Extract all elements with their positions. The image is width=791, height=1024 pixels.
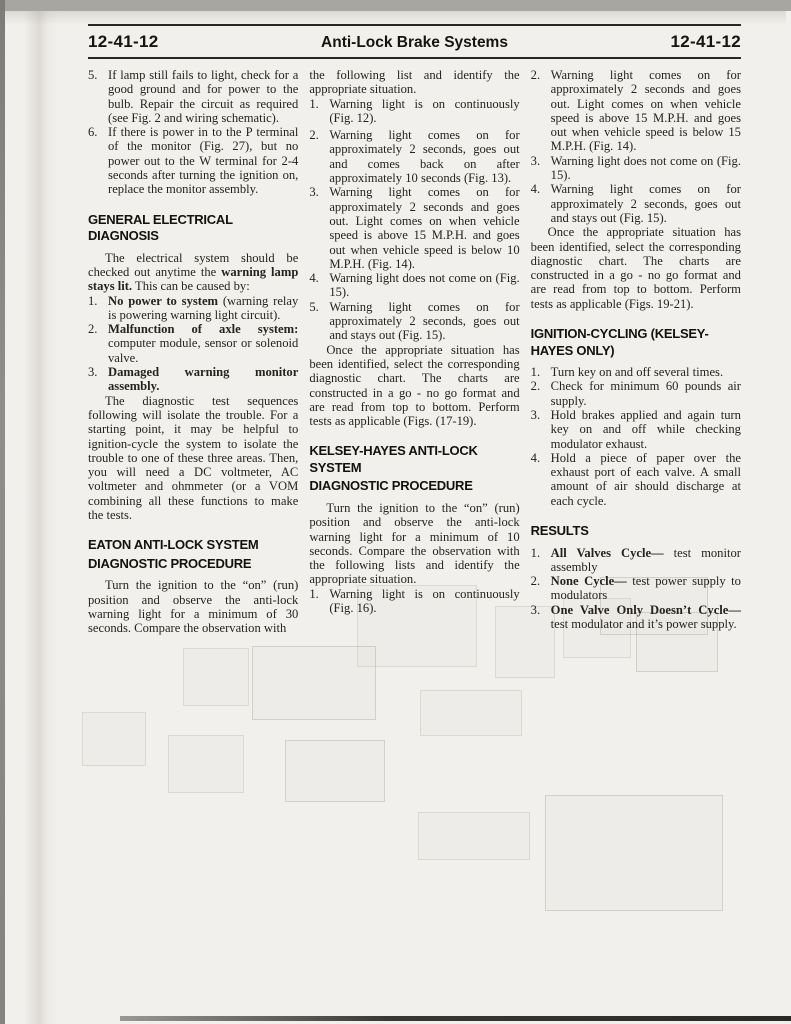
list-item: 3. Hold brakes applied and again turn ke…: [531, 408, 741, 451]
list-number: 4.: [531, 451, 551, 508]
list-item: 6. If there is power in to the P termina…: [88, 125, 298, 196]
list-number: 2.: [531, 68, 551, 154]
list-item: 3. Warning light comes on for approximat…: [309, 185, 519, 271]
paragraph: Once the appropriate situation has been …: [531, 225, 741, 311]
list-item: 2. Check for minimum 60 pounds air suppl…: [531, 379, 741, 408]
list-number: 2.: [531, 379, 551, 408]
list-item: 5. If lamp still fails to light, check f…: [88, 68, 298, 125]
page-title: Anti-Lock Brake Systems: [198, 34, 631, 52]
section-heading-results: RESULTS: [531, 523, 741, 540]
list-item: 2. Malfunction of axle system: computer …: [88, 322, 298, 365]
scan-left-edge: [0, 0, 5, 1024]
section-heading-general-electrical-diagnosis: GENERAL ELECTRICAL DIAGNOSIS: [88, 212, 298, 245]
column-1: 5. If lamp still fails to light, check f…: [88, 68, 298, 636]
paragraph: The diagnostic test sequences following …: [88, 394, 298, 523]
list-number: 1.: [88, 294, 108, 323]
list-number: 5.: [88, 68, 108, 125]
section-heading-ignition-cycling: IGNITION-CYCLING (KELSEY-HAYES ONLY): [531, 326, 741, 359]
list-number: 5.: [309, 300, 329, 343]
list-number: 6.: [88, 125, 108, 196]
list-item: 1. No power to system (warning relay is …: [88, 294, 298, 323]
page-header: 12-41-12 Anti-Lock Brake Systems 12-41-1…: [88, 24, 741, 59]
section-heading-diagnostic-procedure: DIAGNOSTIC PROCEDURE: [88, 556, 298, 573]
list-item: 1. Turn key on and off several times.: [531, 365, 741, 379]
bold-lead: Malfunction of axle system:: [108, 322, 298, 336]
list-item: 1. All Valves Cycle— test monitor assemb…: [531, 546, 741, 575]
section-heading-eaton-anti-lock-system: EATON ANTI-LOCK SYSTEM: [88, 537, 298, 554]
list-item: 4. Hold a piece of paper over the exhaus…: [531, 451, 741, 508]
list-number: 3.: [531, 603, 551, 632]
bold-lead: Damaged warning monitor assembly.: [108, 365, 298, 393]
paragraph: Turn the ignition to the “on” (run) posi…: [88, 578, 298, 635]
list-item: 3. Damaged warning monitor assembly.: [88, 365, 298, 394]
list-number: 2.: [531, 574, 551, 603]
list-number: 1.: [309, 587, 329, 616]
list-number: 1.: [531, 365, 551, 379]
list-item: 3. One Valve Only Doesn’t Cycle— test mo…: [531, 603, 741, 632]
list-number: 3.: [531, 154, 551, 183]
paragraph: Turn the ignition to the “on” (run) posi…: [309, 501, 519, 587]
paragraph: The electrical system should be checked …: [88, 251, 298, 294]
list-number: 1.: [309, 97, 329, 126]
list-item: 2. Warning light comes on for approximat…: [531, 68, 741, 154]
list-item: 2. None Cycle— test power supply to modu…: [531, 574, 741, 603]
list-item: 1. Warning light is on continuously (Fig…: [309, 587, 519, 616]
list-number: 3.: [88, 365, 108, 394]
page-number-right: 12-41-12: [631, 32, 741, 52]
list-number: 3.: [531, 408, 551, 451]
page-bottom-edge-shadow: [120, 1016, 791, 1021]
column-3: 2. Warning light comes on for approximat…: [531, 68, 741, 636]
list-number: 3.: [309, 185, 329, 271]
paragraph: Once the appropriate situation has been …: [309, 343, 519, 429]
list-number: 2.: [309, 128, 329, 185]
list-number: 1.: [531, 546, 551, 575]
column-2: the following list and identify the appr…: [309, 68, 519, 636]
bold-lead: One Valve Only Doesn’t Cycle—: [551, 603, 741, 617]
bold-lead: None Cycle—: [551, 574, 627, 588]
list-number: 4.: [531, 182, 551, 225]
list-item: 5. Warning light comes on for approximat…: [309, 300, 519, 343]
list-number: 4.: [309, 271, 329, 300]
bold-lead: All Valves Cycle—: [551, 546, 664, 560]
list-item: 3. Warning light does not come on (Fig. …: [531, 154, 741, 183]
bold-lead: No power to system: [108, 294, 218, 308]
text-columns: 5. If lamp still fails to light, check f…: [88, 68, 741, 636]
page-number-left: 12-41-12: [88, 32, 198, 52]
list-number: 2.: [88, 322, 108, 365]
list-item: 1. Warning light is on continuously (Fig…: [309, 97, 519, 126]
paragraph: the following list and identify the appr…: [309, 68, 519, 97]
list-item: 4. Warning light comes on for approximat…: [531, 182, 741, 225]
list-item: 4. Warning light does not come on (Fig. …: [309, 271, 519, 300]
section-heading-kelsey-hayes-anti-lock-system: KELSEY-HAYES ANTI-LOCK SYSTEM: [309, 443, 519, 476]
list-item: 2. Warning light comes on for approximat…: [309, 128, 519, 185]
section-heading-diagnostic-procedure: DIAGNOSTIC PROCEDURE: [309, 478, 519, 495]
